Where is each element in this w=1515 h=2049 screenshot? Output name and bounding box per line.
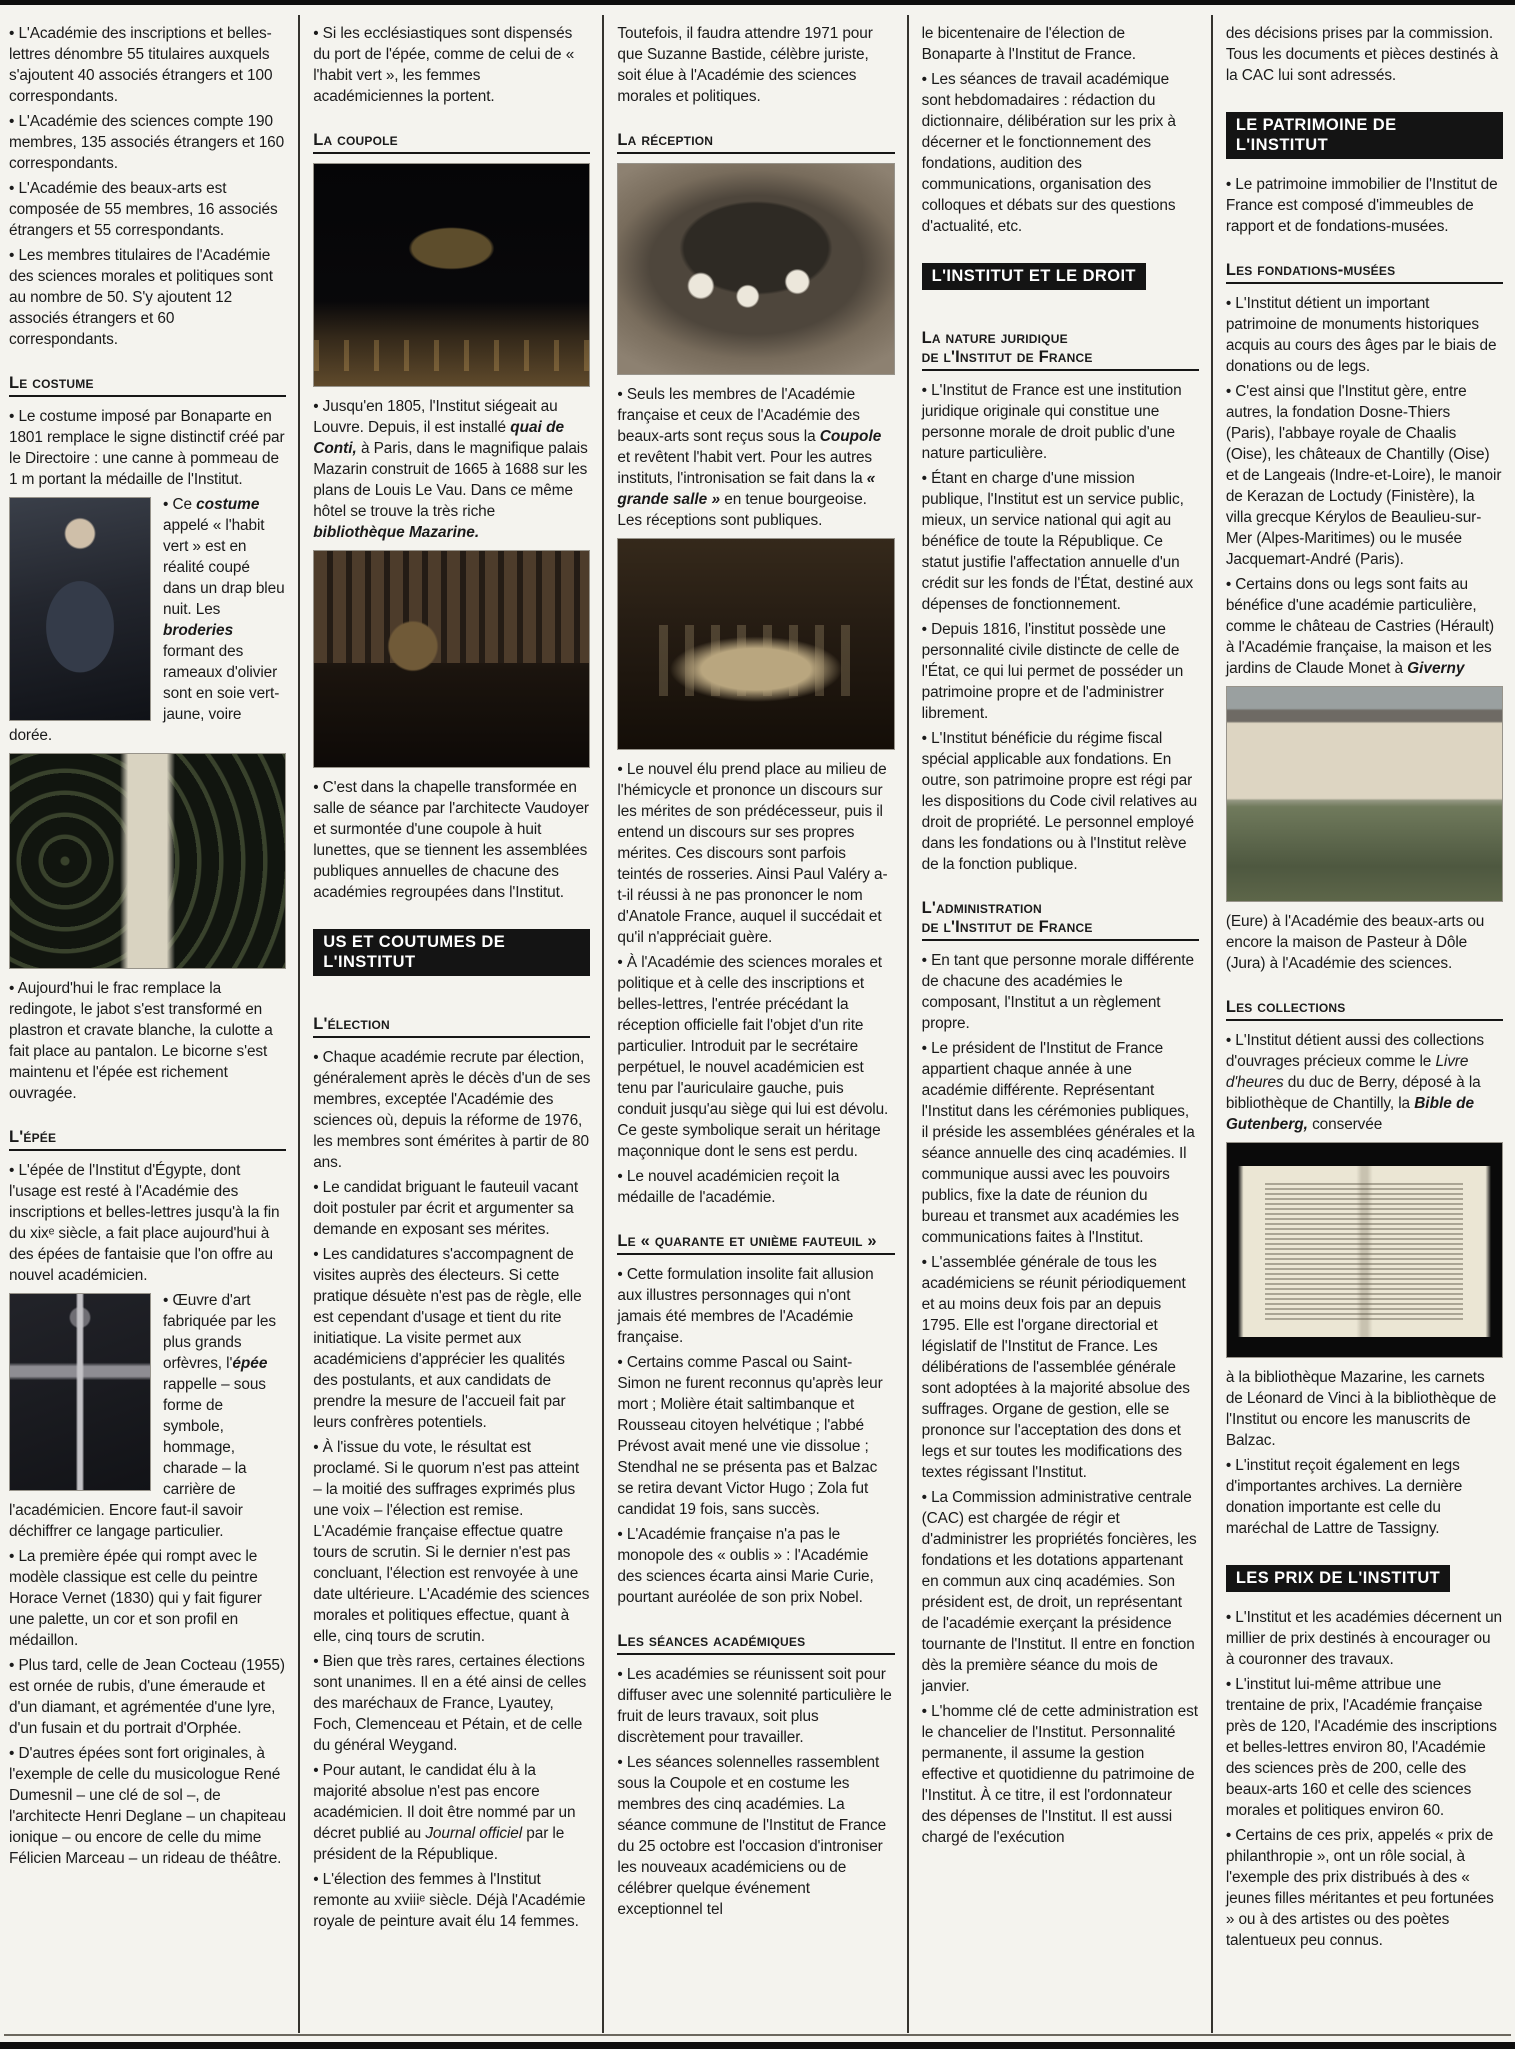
- paragraph: • À l'issue du vote, le résultat est pro…: [313, 1437, 590, 1647]
- paragraph: • Bien que très rares, certaines électio…: [313, 1651, 590, 1756]
- paragraph: à la bibliothèque Mazarine, les carnets …: [1226, 1367, 1503, 1451]
- paragraph: • Le candidat briguant le fauteuil vacan…: [313, 1177, 590, 1240]
- section-header: L'élection: [313, 1015, 590, 1038]
- paragraph: • Certains comme Pascal ou Saint-Simon n…: [617, 1352, 894, 1520]
- paragraph: • L'Académie des beaux-arts est composée…: [9, 178, 286, 241]
- paragraph: • D'autres épées sont fort originales, à…: [9, 1743, 286, 1869]
- paragraph: • L'Académie française n'a pas le monopo…: [617, 1524, 894, 1608]
- paragraph: • L'Académie des sciences compte 190 mem…: [9, 111, 286, 174]
- paragraph: • En tant que personne morale différente…: [922, 950, 1199, 1034]
- paragraph: • À l'Académie des sciences morales et p…: [617, 952, 894, 1162]
- paragraph: • L'assemblée générale de tous les acadé…: [922, 1252, 1199, 1483]
- photo-bible-de-gutenberg: [1226, 1142, 1503, 1358]
- photo-epee-academicien: [9, 1293, 151, 1491]
- paragraph: • Certains dons ou legs sont faits au bé…: [1226, 574, 1503, 679]
- paragraph: • L'élection des femmes à l'Institut rem…: [313, 1869, 590, 1932]
- paragraph: Toutefois, il faudra attendre 1971 pour …: [617, 23, 894, 107]
- section-header: Les séances académiques: [617, 1632, 894, 1655]
- photo-maison-monet-giverny: [1226, 686, 1503, 902]
- photo-broderie-medaille: [9, 753, 286, 969]
- column-5: des décisions prises par la commission. …: [1213, 15, 1515, 2033]
- paragraph: • L'institut reçoit également en legs d'…: [1226, 1455, 1503, 1539]
- paragraph: • Chaque académie recrute par élection, …: [313, 1047, 590, 1173]
- section-header: Les fondations-musées: [1226, 261, 1503, 284]
- band-header: L'INSTITUT ET LE DROIT: [922, 263, 1146, 290]
- page-bottom-thin-rule: [4, 2034, 1511, 2036]
- band-header: LE PATRIMOINE DE L'INSTITUT: [1226, 112, 1503, 159]
- section-header: L'épée: [9, 1128, 286, 1151]
- paragraph: • Aujourd'hui le frac remplace la reding…: [9, 978, 286, 1104]
- paragraph: le bicentenaire de l'élection de Bonapar…: [922, 23, 1199, 65]
- paragraph: • L'Institut détient un important patrim…: [1226, 293, 1503, 377]
- paragraph: • Si les ecclésiastiques sont dispensés …: [313, 23, 590, 107]
- photo-coupole-interieur: [617, 163, 894, 375]
- paragraph: • La première épée qui rompt avec le mod…: [9, 1546, 286, 1651]
- paragraph: • L'institut lui-même attribue une trent…: [1226, 1674, 1503, 1821]
- paragraph: • Pour autant, le candidat élu à la majo…: [313, 1760, 590, 1865]
- paragraph: • Les académies se réunissent soit pour …: [617, 1664, 894, 1748]
- paragraph: • Plus tard, celle de Jean Cocteau (1955…: [9, 1655, 286, 1739]
- paragraph: • Jusqu'en 1805, l'Institut siégeait au …: [313, 396, 590, 543]
- paragraph: • Cette formulation insolite fait allusi…: [617, 1264, 894, 1348]
- paragraph: • Depuis 1816, l'institut possède une pe…: [922, 619, 1199, 724]
- photo-bibliotheque-mazarine: [313, 550, 590, 768]
- paragraph: des décisions prises par la commission. …: [1226, 23, 1503, 86]
- encyclopedia-page: • L'Académie des inscriptions et belles-…: [0, 0, 1515, 2049]
- paragraph: • Les séances de travail académique sont…: [922, 69, 1199, 237]
- paragraph: • Étant en charge d'une mission publique…: [922, 468, 1199, 615]
- section-header: La réception: [617, 131, 894, 154]
- paragraph: • Le nouvel élu prend place au milieu de…: [617, 759, 894, 948]
- paragraph: • Le costume imposé par Bonaparte en 180…: [9, 406, 286, 490]
- paragraph: • L'Institut de France est une instituti…: [922, 380, 1199, 464]
- paragraph: • Le président de l'Institut de France a…: [922, 1038, 1199, 1248]
- column-1: • L'Académie des inscriptions et belles-…: [0, 15, 300, 2033]
- paragraph: • Certains de ces prix, appelés « prix d…: [1226, 1825, 1503, 1951]
- paragraph: • C'est ainsi que l'Institut gère, entre…: [1226, 381, 1503, 570]
- section-header: La nature juridiquede l'Institut de Fran…: [922, 329, 1199, 371]
- paragraph: • Les séances solennelles rassemblent so…: [617, 1752, 894, 1920]
- paragraph: • Seuls les membres de l'Académie frança…: [617, 384, 894, 531]
- paragraph: • L'épée de l'Institut d'Égypte, dont l'…: [9, 1160, 286, 1286]
- paragraph: • C'est dans la chapelle transformée en …: [313, 777, 590, 903]
- column-4: le bicentenaire de l'élection de Bonapar…: [909, 15, 1213, 2033]
- section-header: Le « quarante et unième fauteuil »: [617, 1232, 894, 1255]
- column-3: Toutefois, il faudra attendre 1971 pour …: [604, 15, 908, 2033]
- paragraph: • Le nouvel académicien reçoit la médail…: [617, 1166, 894, 1208]
- paragraph: (Eure) à l'Académie des beaux-arts ou en…: [1226, 911, 1503, 974]
- photo-institut-de-nuit: [313, 163, 590, 387]
- photo-with-wrapped-text: • Ce costume appelé « l'habit vert » est…: [9, 494, 286, 746]
- band-header: US ET COUTUMES DE L'INSTITUT: [313, 929, 590, 976]
- paragraph: • L'Institut bénéficie du régime fiscal …: [922, 728, 1199, 875]
- band-header: LES PRIX DE L'INSTITUT: [1226, 1565, 1450, 1592]
- paragraph: • L'homme clé de cette administration es…: [922, 1701, 1199, 1848]
- paragraph: • Le patrimoine immobilier de l'Institut…: [1226, 174, 1503, 237]
- photo-grande-salle: [617, 538, 894, 750]
- photo-academicien-habit-vert: [9, 497, 151, 721]
- column-2: • Si les ecclésiastiques sont dispensés …: [300, 15, 604, 2033]
- paragraph: • Les candidatures s'accompagnent de vis…: [313, 1244, 590, 1433]
- paragraph: • L'Académie des inscriptions et belles-…: [9, 23, 286, 107]
- paragraph: • Les membres titulaires de l'Académie d…: [9, 245, 286, 350]
- section-header: L'administrationde l'Institut de France: [922, 899, 1199, 941]
- columns: • L'Académie des inscriptions et belles-…: [0, 5, 1515, 2033]
- paragraph: • L'Institut et les académies décernent …: [1226, 1607, 1503, 1670]
- paragraph: • La Commission administrative centrale …: [922, 1487, 1199, 1697]
- section-header: Les collections: [1226, 998, 1503, 1021]
- page-bottom-rule: [0, 2042, 1515, 2049]
- section-header: Le costume: [9, 374, 286, 397]
- photo-with-wrapped-text: • Œuvre d'art fabriquée par les plus gra…: [9, 1290, 286, 1542]
- paragraph: • L'Institut détient aussi des collectio…: [1226, 1030, 1503, 1135]
- section-header: La coupole: [313, 131, 590, 154]
